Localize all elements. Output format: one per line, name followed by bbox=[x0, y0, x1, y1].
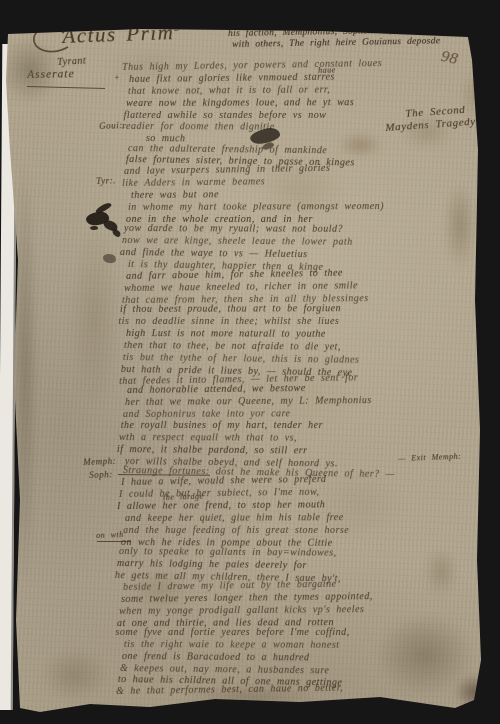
ink-underline bbox=[97, 541, 131, 542]
speech-label: Tyr:. bbox=[96, 175, 116, 186]
paper-stain bbox=[438, 168, 482, 283]
handwritten-line: and the huge feeding of his great stone … bbox=[123, 525, 349, 536]
handwritten-line: yow darde to be my ryuall; wast not boul… bbox=[124, 223, 343, 235]
handwritten-line: then that to thee, be not afraide to die… bbox=[124, 340, 341, 353]
handwritten-line: some twelue yeres longer then the tymes … bbox=[121, 591, 373, 605]
handwritten-line: if more, it shalbe pardond, so still err bbox=[117, 444, 308, 456]
handwritten-line: like Adders in warme beames bbox=[122, 177, 265, 190]
handwritten-line: wth a respect equall wth that to vs, bbox=[119, 432, 297, 444]
handwritten-line: one frend is Baracadoed to a hundred bbox=[121, 651, 309, 663]
paper-stain bbox=[30, 640, 120, 710]
ink-blot bbox=[90, 226, 98, 230]
handwritten-line: there was but one bbox=[131, 190, 219, 202]
handwritten-line: readier for doome then dignitie bbox=[122, 121, 275, 133]
interlinear-note: the lardge bbox=[163, 492, 204, 502]
handwritten-line: flattered awhile so standes before vs no… bbox=[124, 110, 327, 121]
interlinear-note: — Exit Memph: bbox=[398, 452, 461, 463]
handwritten-line: marry his lodging he paies deerely for bbox=[117, 558, 307, 571]
handwritten-line: and finde the waye to vs — Heluetius bbox=[120, 247, 308, 260]
handwritten-line: and Sophonirus take into yor care bbox=[123, 408, 291, 420]
handwritten-line: if thou beest proude, thou art to be for… bbox=[120, 303, 341, 315]
handwritten-line: I allowe her one frend, to stop her mout… bbox=[117, 500, 325, 513]
speech-label: Goui:. bbox=[99, 120, 126, 131]
paper-stain bbox=[455, 60, 495, 130]
paper-stain bbox=[418, 540, 464, 604]
handwritten-line: in whome my hart tooke pleasure (amongst… bbox=[128, 201, 384, 213]
photo-background: Actus Prim9 Enter the new Vsurping Tiran… bbox=[0, 0, 500, 724]
handwritten-line: tis the right waie to keepe a woman hone… bbox=[123, 639, 339, 651]
handwritten-line: tis but the tythe of her loue, this is n… bbox=[122, 352, 359, 366]
handwritten-line: the royall busines of my hart, tender he… bbox=[121, 420, 323, 431]
manuscript-page: Actus Prim9 Enter the new Vsurping Tiran… bbox=[0, 0, 500, 724]
speech-label: Soph: bbox=[89, 469, 113, 480]
handwritten-line: beside I drawe my life out by the bargai… bbox=[123, 579, 337, 593]
stage-direction-line: with others, The right heire Gouianus de… bbox=[232, 36, 440, 50]
handwritten-line: tis no deadlie sinne in thee; whilst she… bbox=[118, 316, 339, 327]
handwritten-line: some fyve and fortie yeares before I'me … bbox=[116, 627, 350, 638]
act-heading-superscript: 9 bbox=[174, 22, 181, 34]
interlinear-note: + bbox=[114, 73, 120, 82]
handwritten-line: I could be but her subiect, so I'me now, bbox=[119, 487, 319, 500]
folio-number: 98 bbox=[439, 48, 459, 69]
handwritten-line: and honorablie attended, we bestowe bbox=[127, 383, 306, 396]
interlinear-note: on wth bbox=[96, 530, 124, 540]
handwritten-line: only to speake to gallants in bay=window… bbox=[119, 546, 337, 559]
handwritten-line: now we are kinge, sheele leaue the lower… bbox=[122, 235, 353, 248]
paper-stain bbox=[392, 108, 462, 156]
handwritten-line: and keepe her quiet, giue him his table … bbox=[125, 512, 344, 524]
handwritten-line: weare now the kingdomes loue, and he yt … bbox=[126, 97, 354, 109]
handwritten-line: high Lust is not more naturall to youthe bbox=[126, 328, 326, 340]
handwritten-line: haue fixt our glories like vnmoued starr… bbox=[129, 71, 335, 84]
handwritten-line: and farr aboue him, for she kneeles to t… bbox=[126, 268, 343, 282]
paper-stain bbox=[448, 668, 500, 716]
stage-direction-line: Enter the new Vsurping Tirant; The Noble… bbox=[215, 14, 423, 28]
speech-label: Memph: bbox=[83, 456, 116, 467]
handwritten-line: that knowe not, what it is to fall or er… bbox=[128, 84, 330, 97]
handwritten-line: when my yonge prodigall gallant kicks vp… bbox=[119, 604, 364, 617]
handwritten-line: her that we make our Queene, my L: Memph… bbox=[125, 395, 372, 408]
interlinear-note: haue bbox=[318, 65, 336, 75]
handwritten-line: whome we haue kneeled to, richer in one … bbox=[124, 280, 358, 294]
